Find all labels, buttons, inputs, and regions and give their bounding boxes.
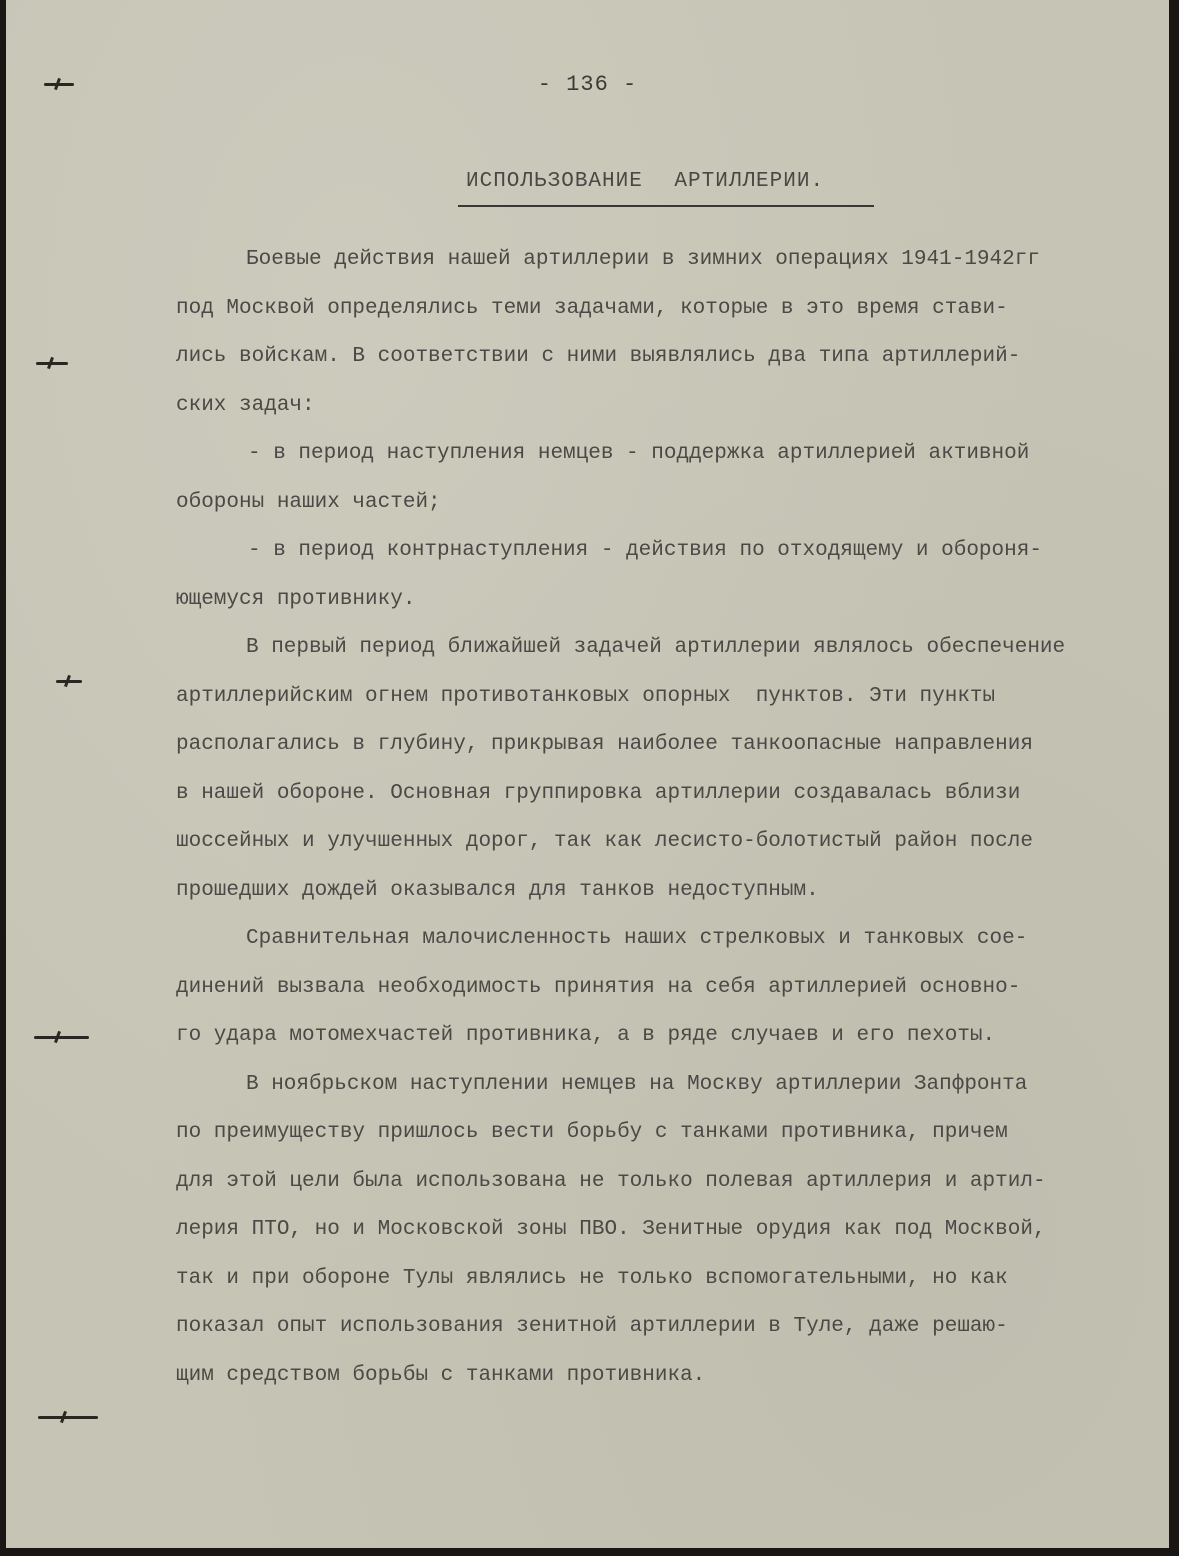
binding-hole-mark [56, 680, 82, 683]
section-title: ИСПОЛЬЗОВАНИЕ АРТИЛЛЕРИИ. [466, 170, 824, 193]
text-line: ющемуся противнику. [176, 576, 1176, 625]
text-line: под Москвой определялись теми задачами, … [176, 285, 1176, 334]
text-line: в нашей обороне. Основная группировка ар… [176, 770, 1176, 819]
binding-hole-mark [38, 1416, 98, 1419]
text-line: щим средством борьбы с танками противник… [176, 1352, 1176, 1401]
text-line: лись войскам. В соответствии с ними выяв… [176, 333, 1176, 382]
text-line: артиллерийским огнем противотанковых опо… [176, 673, 1176, 722]
text-line: так и при обороне Тулы являлись не тольк… [176, 1255, 1176, 1304]
text-line: для этой цели была использована не тольк… [176, 1158, 1176, 1207]
text-line: го удара мотомехчастей противника, а в р… [176, 1012, 1176, 1061]
text-line: динений вызвала необходимость принятия н… [176, 964, 1176, 1013]
body-text: Боевые действия нашей артиллерии в зимни… [176, 236, 1176, 1400]
text-line: лерия ПТО, но и Московской зоны ПВО. Зен… [176, 1206, 1176, 1255]
text-line: прошедших дождей оказывался для танков н… [176, 867, 1176, 916]
title-underline [458, 205, 874, 207]
text-line: располагались в глубину, прикрывая наибо… [176, 721, 1176, 770]
text-line: ских задач: [176, 382, 1176, 431]
text-line: показал опыт использования зенитной арти… [176, 1303, 1176, 1352]
text-line: В первый период ближайшей задачей артилл… [176, 624, 1176, 673]
text-line: обороны наших частей; [176, 479, 1176, 528]
binding-hole-mark [34, 1036, 89, 1039]
text-line: - в период наступления немцев - поддержк… [176, 430, 1176, 479]
text-line: шоссейных и улучшенных дорог, так как ле… [176, 818, 1176, 867]
text-line: по преимуществу пришлось вести борьбу с … [176, 1109, 1176, 1158]
text-line: Боевые действия нашей артиллерии в зимни… [176, 236, 1176, 285]
text-line: - в период контрнаступления - действия п… [176, 527, 1176, 576]
text-line: Сравнительная малочисленность наших стре… [176, 915, 1176, 964]
page-number: - 136 - [6, 72, 1169, 97]
text-line: В ноябрьском наступлении немцев на Москв… [176, 1061, 1176, 1110]
document-page: - 136 - ИСПОЛЬЗОВАНИЕ АРТИЛЛЕРИИ. Боевые… [6, 0, 1169, 1548]
binding-hole-mark [36, 362, 68, 365]
